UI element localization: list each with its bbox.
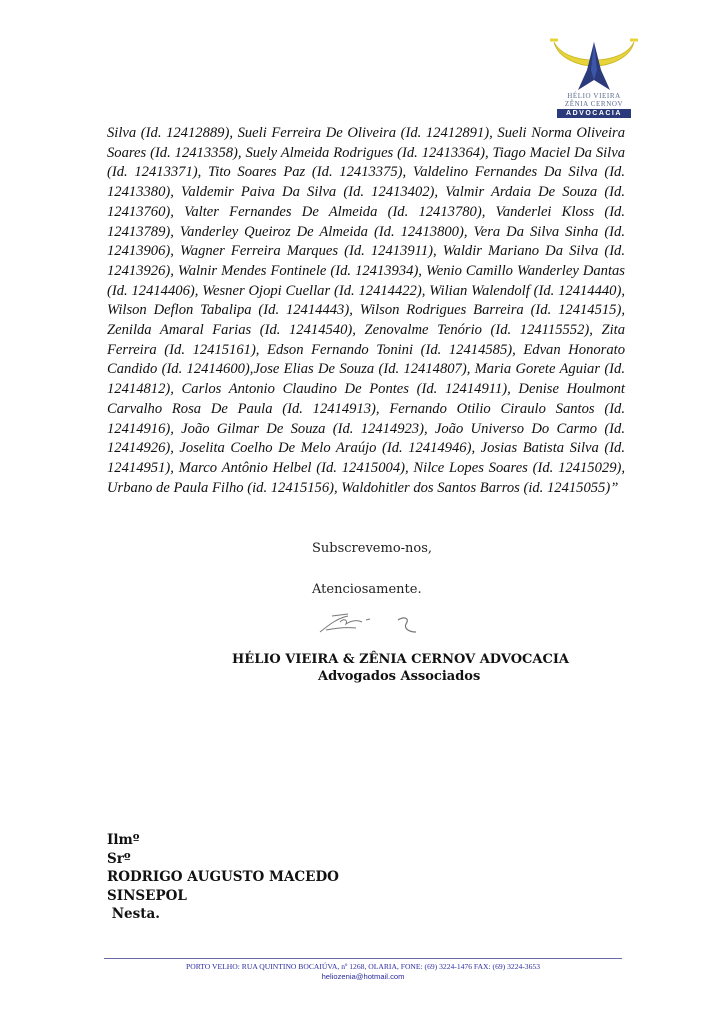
footer-email[interactable]: heliozenia@hotmail.com xyxy=(104,972,622,981)
recipient-line: Ilmº xyxy=(107,831,339,850)
recipient-org: SINSEPOL xyxy=(107,887,339,906)
footer-address: PORTO VELHO: RUA QUINTINO BOCAIÚVA, nº 1… xyxy=(104,962,622,971)
footer-divider xyxy=(104,958,622,959)
signature-icon xyxy=(318,610,428,636)
recipient-name: RODRIGO AUGUSTO MACEDO xyxy=(107,868,339,887)
signature xyxy=(318,610,428,641)
closing-line-2: Atenciosamente. xyxy=(312,582,422,597)
body-paragraph: Silva (Id. 12412889), Sueli Ferreira De … xyxy=(107,124,625,498)
recipient-line: Nesta. xyxy=(107,905,339,924)
closing-line-1: Subscrevemo-nos, xyxy=(312,541,432,556)
logo-name-2: ZÊNIA CERNOV xyxy=(557,100,631,108)
firm-logo: HÉLIO VIEIRA ZÊNIA CERNOV ADVOCACIA xyxy=(548,36,640,124)
logo-badge: ADVOCACIA xyxy=(557,109,631,118)
logo-name-1: HÉLIO VIEIRA xyxy=(557,92,631,100)
firm-name: HÉLIO VIEIRA & ZÊNIA CERNOV ADVOCACIA xyxy=(232,651,612,669)
star-scales-logo-icon xyxy=(548,36,640,96)
firm-subtitle: Advogados Associados xyxy=(318,669,480,684)
recipient-block: Ilmº Srº RODRIGO AUGUSTO MACEDO SINSEPOL… xyxy=(107,831,339,924)
recipient-line: Srº xyxy=(107,850,339,869)
